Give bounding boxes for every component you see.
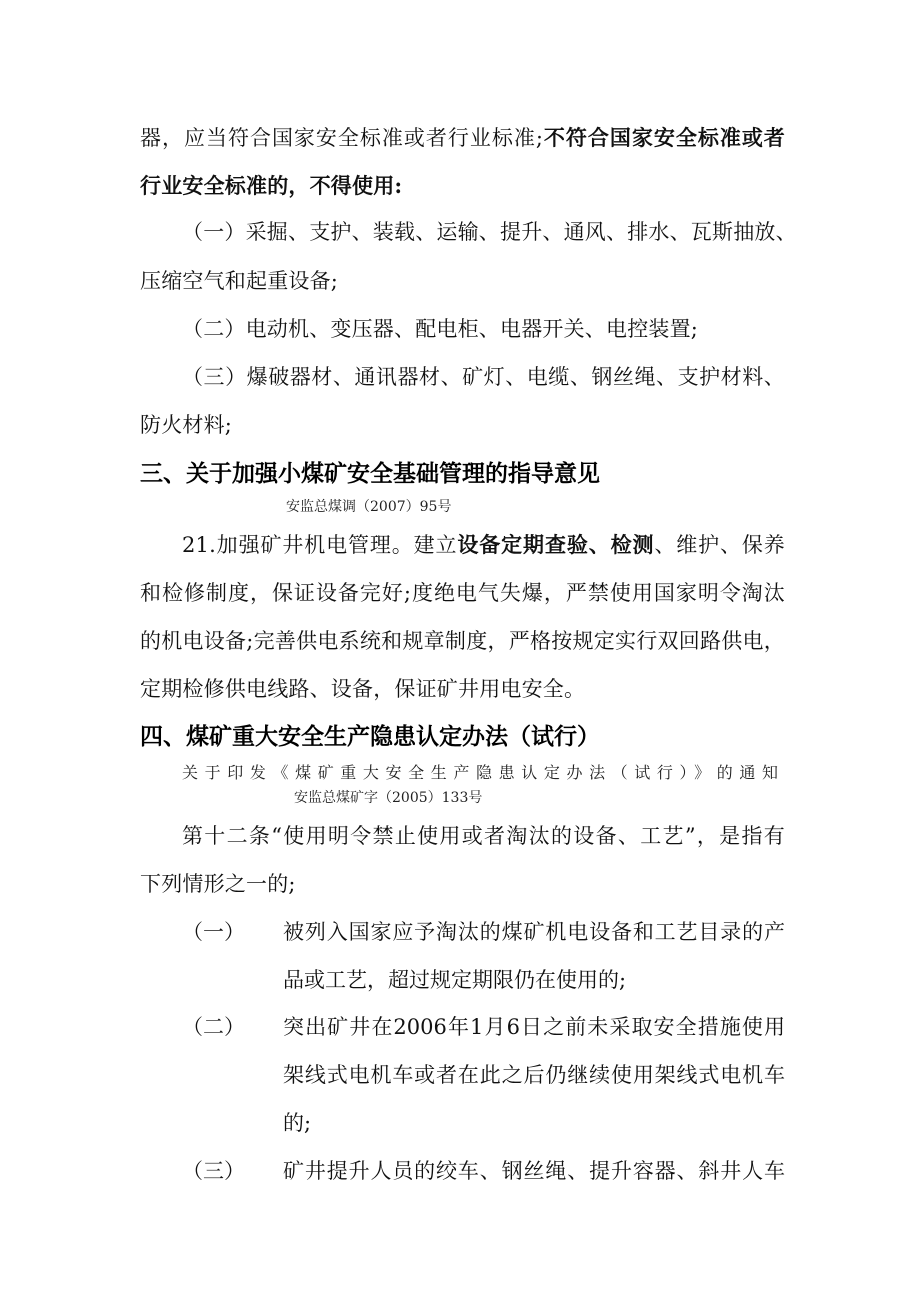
- section-3-reference: 安监总煤调（2007）95号: [286, 498, 451, 516]
- equipment-item-3-line-1: （三）爆破器材、通讯器材、矿灯、电缆、钢丝绳、支护材料、: [182, 362, 785, 392]
- section-4-notice-title: 关于印发《煤矿重大安全生产隐患认定办法（试行）》的通知: [182, 763, 778, 783]
- list-marker-1: （一）: [182, 917, 245, 947]
- section-4-reference: 安监总煤矿字（2005）133号: [294, 789, 482, 807]
- list-item-1-line-2: 品或工艺，超过规定期限仍在使用的;: [283, 965, 785, 995]
- section-3-para-line-4: 定期检修供电线路、设备，保证矿井用电安全。: [140, 674, 785, 704]
- equipment-item-3-line-2: 防火材料;: [140, 410, 785, 440]
- emphasis-text: 不符合国家安全标准或者: [543, 125, 785, 150]
- list-item-2-line-2: 架线式电机车或者在此之后仍继续使用架线式电机车: [283, 1060, 785, 1090]
- body-text: 、维护、保养: [654, 533, 785, 557]
- equipment-item-2: （二）电动机、变压器、配电柜、电器开关、电控装置;: [182, 314, 785, 344]
- article-12-line-1: 第十二条“使用明令禁止使用或者淘汰的设备、工艺”，是指有: [182, 821, 785, 851]
- document-page: 器，应当符合国家安全标准或者行业标准;不符合国家安全标准或者 行业安全标准的，不…: [0, 0, 920, 1302]
- list-item-2-line-3: 的;: [283, 1108, 785, 1138]
- body-text: 器，应当符合国家安全标准或者行业标准;: [140, 126, 543, 150]
- body-text: 21.加强矿井机电管理。建立: [182, 533, 457, 557]
- section-3-para-line-2: 和检修制度，保证设备完好;度绝电气失爆，严禁使用国家明令淘汰: [140, 578, 785, 608]
- list-item-3-line-1: 矿井提升人员的绞车、钢丝绳、提升容器、斜井人车: [283, 1156, 785, 1186]
- list-marker-3: （三）: [182, 1156, 245, 1186]
- emphasis-text: 设备定期查验、检测: [457, 532, 654, 557]
- section-4-heading: 四、煤矿重大安全生产隐患认定办法（试行）: [140, 721, 600, 753]
- body-line: 器，应当符合国家安全标准或者行业标准;不符合国家安全标准或者: [140, 123, 785, 153]
- section-3-para-line-1: 21.加强矿井机电管理。建立设备定期查验、检测、维护、保养: [182, 530, 785, 560]
- emphasis-line: 行业安全标准的，不得使用:: [140, 171, 785, 201]
- section-3-para-line-3: 的机电设备;完善供电系统和规章制度，严格按规定实行双回路供电，: [140, 626, 785, 656]
- list-marker-2: （二）: [182, 1012, 245, 1042]
- list-item-1-line-1: 被列入国家应予淘汰的煤矿机电设备和工艺目录的产: [283, 917, 785, 947]
- section-3-heading: 三、关于加强小煤矿安全基础管理的指导意见: [140, 458, 600, 490]
- list-item-2-line-1: 突出矿井在2006年1月6日之前未采取安全措施使用: [283, 1012, 785, 1042]
- equipment-item-1-line-2: 压缩空气和起重设备;: [140, 266, 785, 296]
- article-12-line-2: 下列情形之一的;: [140, 869, 785, 899]
- equipment-item-1-line-1: （一）采掘、支护、装载、运输、提升、通风、排水、瓦斯抽放、: [182, 217, 785, 247]
